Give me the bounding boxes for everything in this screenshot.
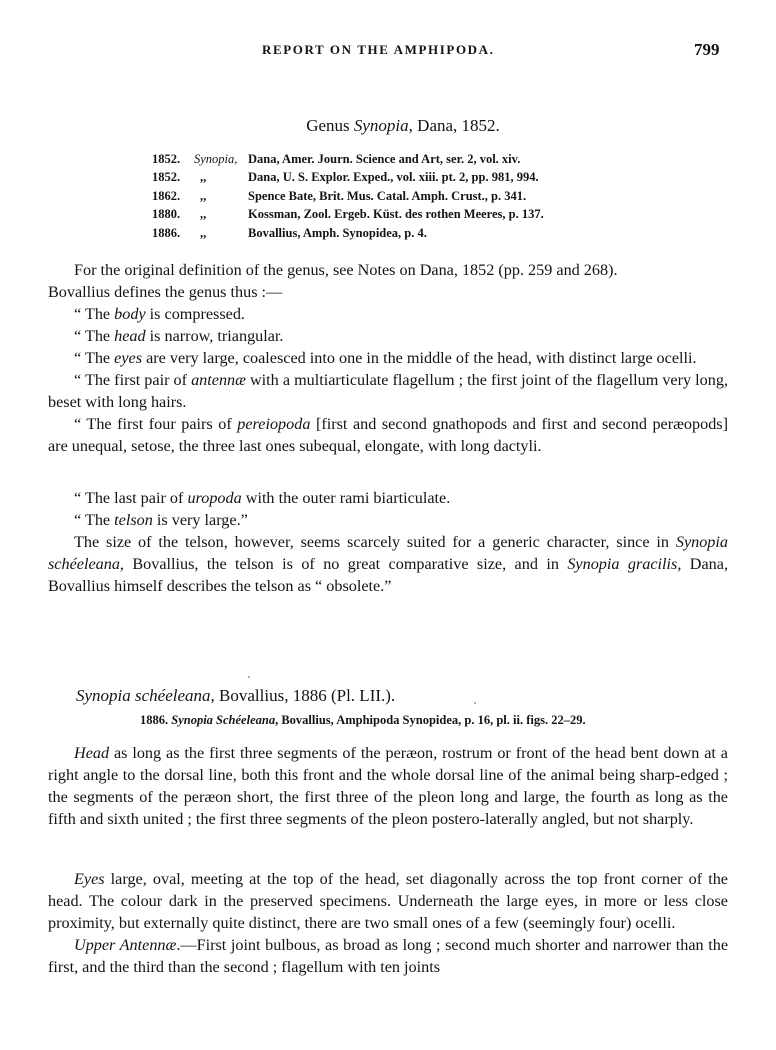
description-upper-antennae: Upper Antennæ.—First joint bulbous, as b… [48, 934, 728, 978]
text: “ The [74, 305, 114, 323]
telson-remark: The size of the telson, however, seems s… [48, 531, 728, 597]
synonymy-year: 1880. [152, 205, 194, 223]
term: eyes [114, 349, 142, 367]
character-body: “ The body is compressed. [48, 303, 728, 325]
synonymy-entry: 1862.,,Spence Bate, Brit. Mus. Catal. Am… [152, 187, 544, 205]
species-name: Synopia schéeleana [76, 686, 211, 705]
text: is very large.” [153, 511, 248, 529]
synonymy-name: Synopia Schéeleana [171, 713, 275, 727]
synonymy-name: Synopia, [194, 150, 248, 168]
book-page: REPORT ON THE AMPHIPODA. 799 Genus Synop… [0, 0, 776, 1050]
term: telson [114, 511, 153, 529]
print-speck [248, 676, 250, 678]
species-authority: , Bovallius, 1886 (Pl. LII.). [211, 686, 396, 705]
page-number: 799 [694, 40, 720, 60]
text: as long as the first three segments of t… [48, 744, 728, 828]
genus-definition: For the original definition of the genus… [48, 259, 728, 457]
text: “ The [74, 349, 114, 367]
print-speck [474, 702, 476, 704]
ditto-mark: ,, [194, 205, 248, 223]
synonymy-year: 1852. [152, 150, 194, 168]
synonymy-entry: 1880.,,Kossman, Zool. Ergeb. Küst. des r… [152, 205, 544, 223]
intro-sentence-2: Bovallius defines the genus thus :— [48, 283, 282, 301]
synonymy-year: 1852. [152, 168, 194, 186]
synonymy-entry: 1852.,,Dana, U. S. Explor. Exped., vol. … [152, 168, 544, 186]
synonymy-entry: 1852.Synopia,Dana, Amer. Journ. Science … [152, 150, 544, 168]
term: antennæ [191, 371, 246, 389]
species-ref: Synopia gracilis [567, 555, 677, 573]
term: Upper Antennæ [74, 936, 176, 954]
intro-sentence: For the original definition of the genus… [74, 261, 618, 279]
synonymy-reference: Dana, U. S. Explor. Exped., vol. xiii. p… [248, 170, 539, 184]
ditto-mark: ,, [194, 224, 248, 242]
synonymy-reference: Dana, Amer. Journ. Science and Art, ser.… [248, 152, 520, 166]
text: The size of the telson, however, seems s… [74, 533, 676, 551]
synonymy-entry: 1886.,,Bovallius, Amph. Synopidea, p. 4. [152, 224, 544, 242]
text: “ The [74, 511, 114, 529]
synonymy-reference: Kossman, Zool. Ergeb. Küst. des rothen M… [248, 207, 544, 221]
text: “ The [74, 327, 114, 345]
synonymy-reference: Spence Bate, Brit. Mus. Catal. Amph. Cru… [248, 189, 526, 203]
text: large, oval, meeting at the top of the h… [48, 870, 728, 932]
term: uropoda [187, 489, 241, 507]
character-telson: “ The telson is very large.” [48, 509, 728, 531]
running-head: REPORT ON THE AMPHIPODA. [262, 42, 724, 58]
text: is narrow, triangular. [146, 327, 284, 345]
genus-prefix: Genus [306, 116, 354, 135]
species-description-continued: Eyes large, oval, meeting at the top of … [48, 868, 728, 978]
genus-name: Synopia [354, 116, 409, 135]
text: “ The last pair of [74, 489, 187, 507]
synonymy-year: 1886. [152, 224, 194, 242]
text: “ The first four pairs of [74, 415, 237, 433]
genus-definition-continued: “ The last pair of uropoda with the oute… [48, 487, 728, 597]
term: Head [74, 744, 109, 762]
synonymy-year: 1862. [152, 187, 194, 205]
ditto-mark: ,, [194, 187, 248, 205]
intro-continuation: Bovallius defines the genus thus :— [48, 281, 728, 303]
text: with the outer rami biarticulate. [242, 489, 451, 507]
description-eyes: Eyes large, oval, meeting at the top of … [48, 868, 728, 934]
synonymy-reference: Bovallius, Amph. Synopidea, p. 4. [248, 226, 427, 240]
intro-paragraph: For the original definition of the genus… [48, 259, 728, 281]
term: body [114, 305, 145, 323]
character-eyes: “ The eyes are very large, coalesced int… [48, 347, 728, 369]
text: “ The first pair of [74, 371, 191, 389]
term: head [114, 327, 145, 345]
text: is compressed. [146, 305, 245, 323]
ditto-mark: ,, [194, 168, 248, 186]
term: Eyes [74, 870, 105, 888]
character-antennae: “ The first pair of antennæ with a multi… [48, 369, 728, 413]
species-heading: Synopia schéeleana, Bovallius, 1886 (Pl.… [76, 686, 395, 706]
species-description: Head as long as the first three segments… [48, 742, 728, 830]
species-synonymy: 1886. Synopia Schéeleana, Bovallius, Amp… [140, 713, 586, 728]
character-uropoda: “ The last pair of uropoda with the oute… [48, 487, 728, 509]
synonymy-year: 1886. [140, 713, 168, 727]
genus-authority: , Dana, 1852. [409, 116, 500, 135]
description-head: Head as long as the first three segments… [48, 742, 728, 830]
term: pereiopoda [237, 415, 310, 433]
character-head: “ The head is narrow, triangular. [48, 325, 728, 347]
character-pereiopoda: “ The first four pairs of pereiopoda [fi… [48, 413, 728, 457]
genus-heading: Genus Synopia, Dana, 1852. [0, 116, 776, 136]
text: , Bovallius, the telson is of no great c… [120, 555, 567, 573]
genus-synonymy-list: 1852.Synopia,Dana, Amer. Journ. Science … [152, 150, 544, 242]
text: are very large, coalesced into one in th… [142, 349, 697, 367]
synonymy-reference: , Bovallius, Amphipoda Synopidea, p. 16,… [275, 713, 586, 727]
